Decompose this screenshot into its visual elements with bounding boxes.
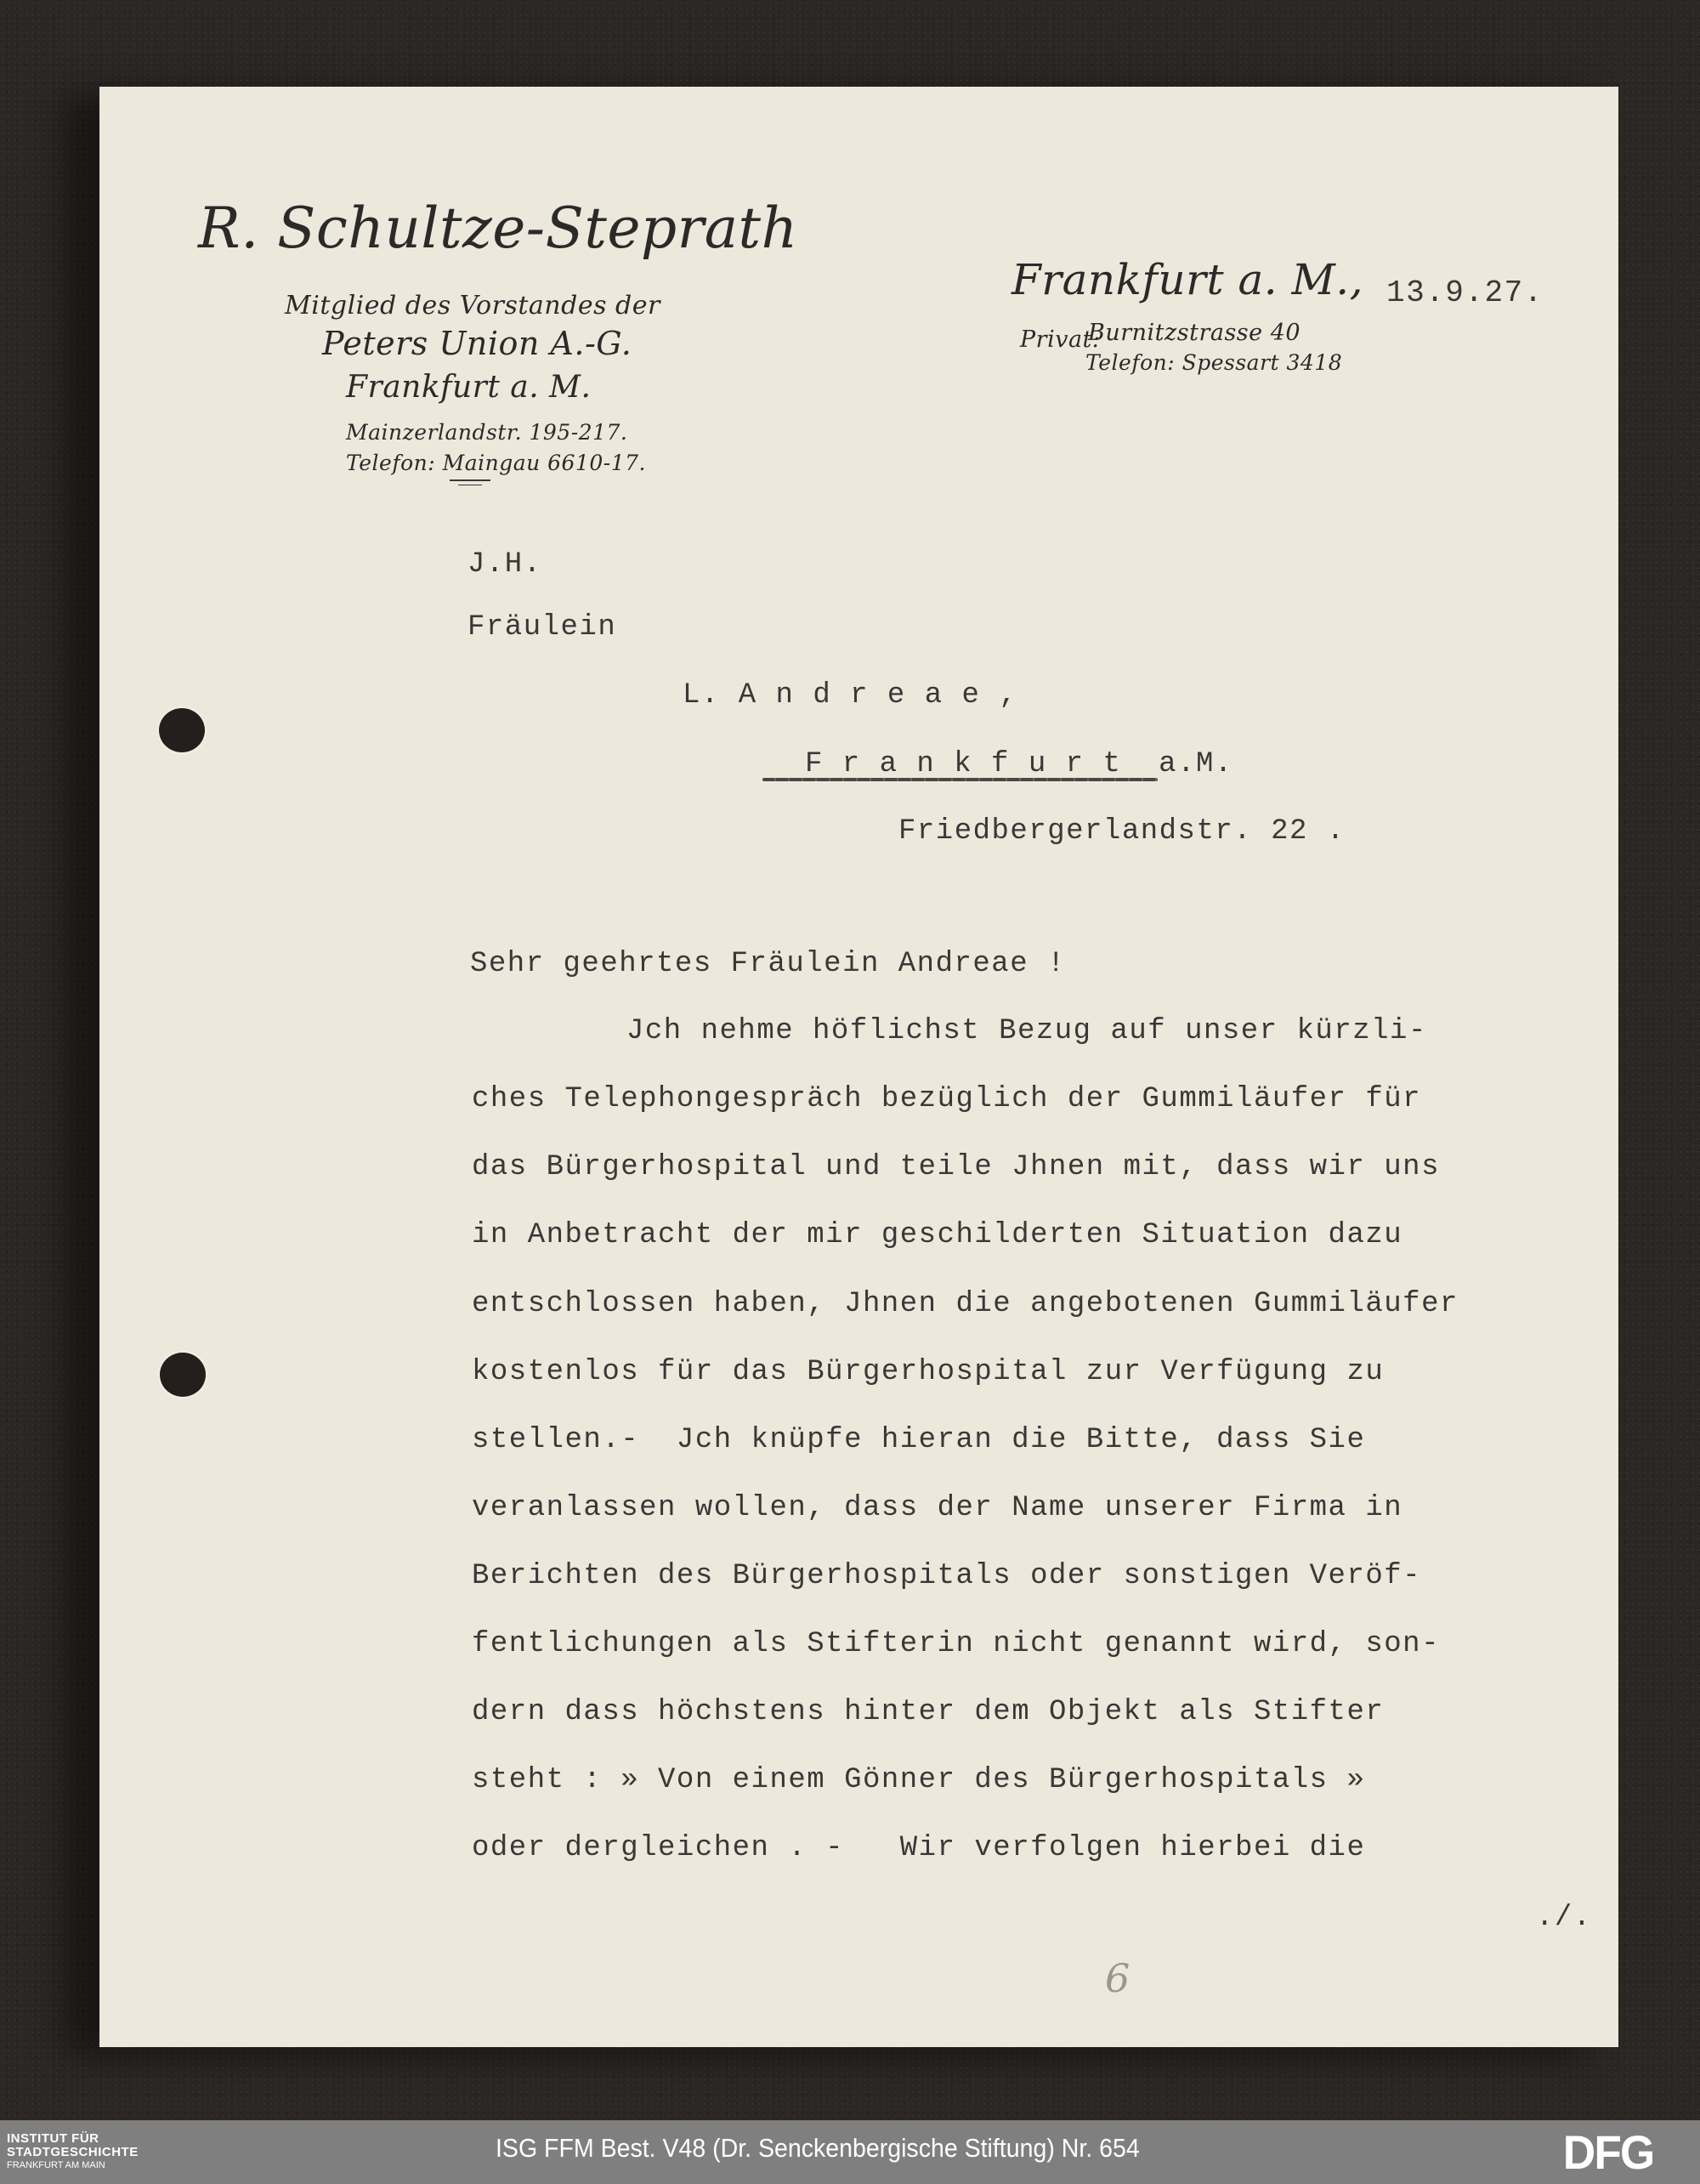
salutation: Sehr geehrtes Fräulein Andreae ! <box>470 948 1066 980</box>
recipient-name: L. A n d r e a e , <box>683 679 1017 712</box>
letterhead-position: Mitglied des Vorstandes der <box>285 291 660 321</box>
recipient-initials: J.H. <box>467 548 542 581</box>
body-line: ches Telephongespräch bezüglich der Gumm… <box>472 1083 1421 1115</box>
body-line: Jch nehme höflichst Bezug auf unser kürz… <box>626 1015 1427 1047</box>
body-line: kostenlos für das Bürgerhospital zur Ver… <box>472 1356 1384 1388</box>
body-line: entschlossen haben, Jhnen die angebotene… <box>472 1288 1459 1320</box>
recipient-city-underline <box>762 778 1158 781</box>
private-phone: Telefon: Spessart 3418 <box>1085 350 1342 375</box>
body-line: das Bürgerhospital und teile Jhnen mit, … <box>472 1151 1440 1183</box>
letterhead-company: Peters Union A.-G. <box>322 325 632 362</box>
body-line: steht : » Von einem Gönner des Bürgerhos… <box>472 1764 1365 1796</box>
letterhead-phone: Telefon: Maingau 6610-17. <box>346 451 646 475</box>
body-line: oder dergleichen . - Wir verfolgen hierb… <box>472 1832 1365 1864</box>
body-line: in Anbetracht der mir geschilderten Situ… <box>472 1219 1402 1251</box>
archive-footer-bar: INSTITUT FÜR STADTGESCHICHTE FRANKFURT A… <box>0 2120 1700 2184</box>
letterhead-rule <box>450 479 490 481</box>
letterhead-city: Frankfurt a. M. <box>346 370 591 405</box>
dfg-logo: DFG <box>1563 2128 1654 2177</box>
continuation-mark: ./. <box>1536 1902 1592 1934</box>
recipient-street: Friedbergerlandstr. 22 . <box>898 815 1346 848</box>
letter-page: R. Schultze-Steprath Mitglied des Vorsta… <box>99 87 1618 2047</box>
letterhead-street: Mainzerlandstr. 195-217. <box>346 420 627 445</box>
pencil-page-number: 6 <box>1105 1955 1130 2001</box>
letter-date: 13.9.27. <box>1386 275 1544 310</box>
institution-logo: INSTITUT FÜR STADTGESCHICHTE FRANKFURT A… <box>7 2132 139 2170</box>
punch-hole-bottom <box>160 1353 206 1397</box>
body-line: fentlichungen als Stifterin nicht genann… <box>472 1628 1440 1660</box>
punch-hole-top <box>159 708 205 752</box>
body-line: stellen.- Jch knüpfe hieran die Bitte, d… <box>472 1424 1365 1456</box>
recipient-city: F r a n k f u r t a.M. <box>805 748 1233 780</box>
body-line: dern dass höchstens hinter dem Objekt al… <box>472 1696 1384 1728</box>
body-line: Berichten des Bürgerhospitals oder sonst… <box>472 1560 1421 1592</box>
private-address: Burnitzstrasse 40 <box>1088 320 1300 346</box>
place-label: Frankfurt a. M., <box>1011 255 1363 304</box>
letterhead-rule <box>458 485 482 485</box>
institution-line-1: INSTITUT FÜR <box>7 2132 139 2146</box>
institution-line-3: FRANKFURT AM MAIN <box>7 2161 139 2171</box>
institution-line-2: STADTGESCHICHTE <box>7 2146 139 2159</box>
recipient-title: Fräulein <box>467 611 616 644</box>
archive-caption: ISG FFM Best. V48 (Dr. Senckenbergische … <box>496 2133 1140 2164</box>
body-line: veranlassen wollen, dass der Name unsere… <box>472 1492 1402 1524</box>
letterhead-name: R. Schultze-Steprath <box>198 196 798 261</box>
